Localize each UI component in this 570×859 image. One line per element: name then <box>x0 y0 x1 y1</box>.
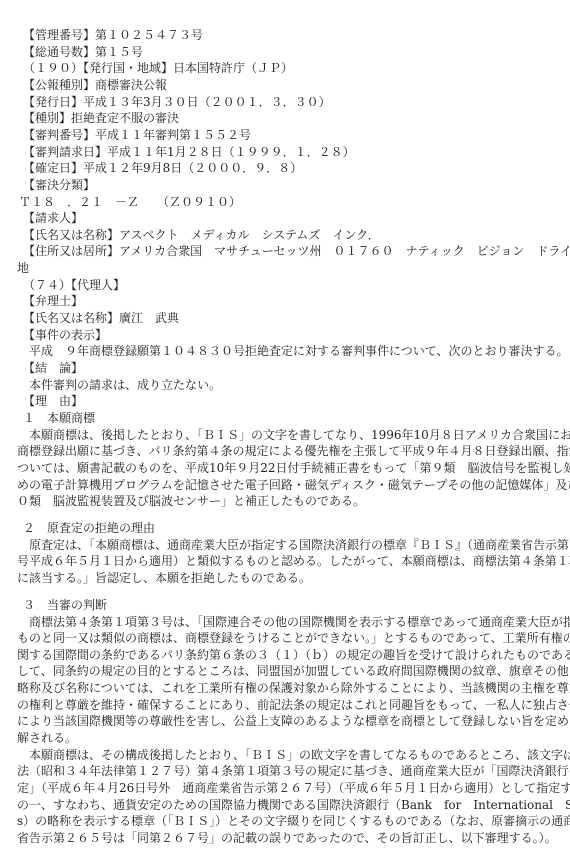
document-line: 解される。 <box>17 730 77 746</box>
document-line: 【公報種別】商標審決公報 <box>23 77 167 93</box>
document-line: 【理 由】 <box>23 393 83 409</box>
document-line: 法（昭和３４年法律第１２７号）第４条第１項第３号の規定に基づき、通商産業大臣が「… <box>17 763 570 779</box>
document-line: （７４）【代理人】 <box>23 277 125 293</box>
document-line: 【管理番号】第１０２５４７３号 <box>23 27 203 43</box>
document-line: 本願商標は、その構成後掲したとおり、「ＢＩＳ」の欧文字を書してなるものであるとこ… <box>29 747 570 763</box>
document-line: 地 <box>17 260 29 276</box>
document-line: 【審判請求日】平成１１年1月２８日（１９９９．１．２８） <box>23 144 355 160</box>
document-line: 【結 論】 <box>23 360 83 376</box>
document-line: ０類 脳波監視装置及び脳波センサー」と補正したものである。 <box>17 493 365 509</box>
document-line: 【弁理士】 <box>23 293 83 309</box>
document-line: 【氏名又は名称】廣江 武典 <box>23 310 179 326</box>
document-line: s）の略称を表示する標章（「ＢＩＳ」）とその文字綴りを同じくするものである（なお… <box>17 813 570 829</box>
document-line: により当該国際機関等の尊厳性を害し、公益上支障のあるような標章を商標として登録し… <box>17 713 570 729</box>
document-line: 原査定は、「本願商標は、通商産業大臣が指定する国際決済銀行の標章『ＢＩＳ』（通商… <box>29 537 570 553</box>
document-line: 商標法第４条第１項第３号は、「国際連合その他の国際機関を表示する標章であって通商… <box>29 614 570 630</box>
document-line: 【種別】拒絶査定不服の審決 <box>23 110 179 126</box>
document-line: ３ 当審の判断 <box>23 597 107 613</box>
document-line: 【事件の表示】 <box>23 327 107 343</box>
document-line: 【発行日】平成１３年3月３０日（２００１．３．３０） <box>23 94 331 110</box>
document-line: に該当する。」旨認定し、本願を拒絶したものである。 <box>17 570 311 586</box>
document-line: Ｔ１８ ．２１ －Ｚ （Ｚ０９１０） <box>19 194 241 210</box>
document-line: （１９０）【発行国・地域】日本国特許庁（ＪＰ） <box>23 60 293 76</box>
document-line: 号平成６年５月１日から適用）と類似するものと認める。したがって、本願商標は、商標… <box>17 553 570 569</box>
document-line: 【確定日】平成１２年9月8日（２０００．９．８） <box>23 160 302 176</box>
document-line: めの電子計算機用プログラムを記憶させた電子回路・磁気ディスク・磁気テープその他の… <box>17 477 570 493</box>
document-line: ２ 原査定の拒絶の理由 <box>23 520 155 536</box>
document-line: 関する国際間の条約であるパリ条約第６条の３（１）（ｂ）の規定の趣旨を受けて設けら… <box>17 647 570 663</box>
document-line: の一、すなわち、通貨安定のための国際協力機関である国際決済銀行（Bank for… <box>17 797 570 813</box>
document-line: ついては、願書記載のものを、平成10年９月22日付手続補正書をもって「第９類 脳… <box>17 460 570 476</box>
document-line: 【氏名又は名称】アスペクト メディカル システムズ インク． <box>23 227 380 243</box>
document-line: 本願商標は、後掲したとおり、「ＢＩＳ」の文字を書してなり、1996年10月８日ア… <box>29 427 570 443</box>
document-line: 略称及び名称については、これを工業所有権の保護対象から除外することにより、当該機… <box>17 680 570 696</box>
document-line: １ 本願商標 <box>23 410 95 426</box>
document-line: 定」（平成６年４月26日号外 通商産業省告示第２６７号）（平成６年５月１日から適… <box>17 780 570 796</box>
document-line: 本件審判の請求は、成り立たない。 <box>29 377 221 393</box>
document-line: 【請求人】 <box>23 210 83 226</box>
document-line: 【住所又は居所】アメリカ合衆国 マサチューセッツ州 ０１７６０ ナティック ビジ… <box>23 243 570 259</box>
document-line: 【総通号数】第１５号 <box>23 44 143 60</box>
document-line: 【審決分類】 <box>23 177 95 193</box>
document-line: ものと同一又は類似の商標は、商標登録をうけることができない。」とするものであって… <box>17 630 570 646</box>
document-line: 省告示第２６５号は「同第２６７号」の記載の誤りであったので、その旨訂正し、以下審… <box>17 830 557 846</box>
document-line: して、同条約の規定の目的とするところは、同盟国が加盟している政府間国際機関の紋章… <box>17 663 570 679</box>
document-line: 平成 ９年商標登録願第１０４８３０号拒絶査定に対する審判事件について、次のとおり… <box>29 343 569 359</box>
document-line: 【審判番号】平成１１年審判第１５５２号 <box>23 127 251 143</box>
document-line: 商標登録出願に基づき、パリ条約第４条の規定による優先権を主張して平成９年４月８日… <box>17 443 570 459</box>
document-line: の権利と尊厳を維持・確保することにあり、前記法条の規定はこれと同趣旨をもって、一… <box>17 697 570 713</box>
